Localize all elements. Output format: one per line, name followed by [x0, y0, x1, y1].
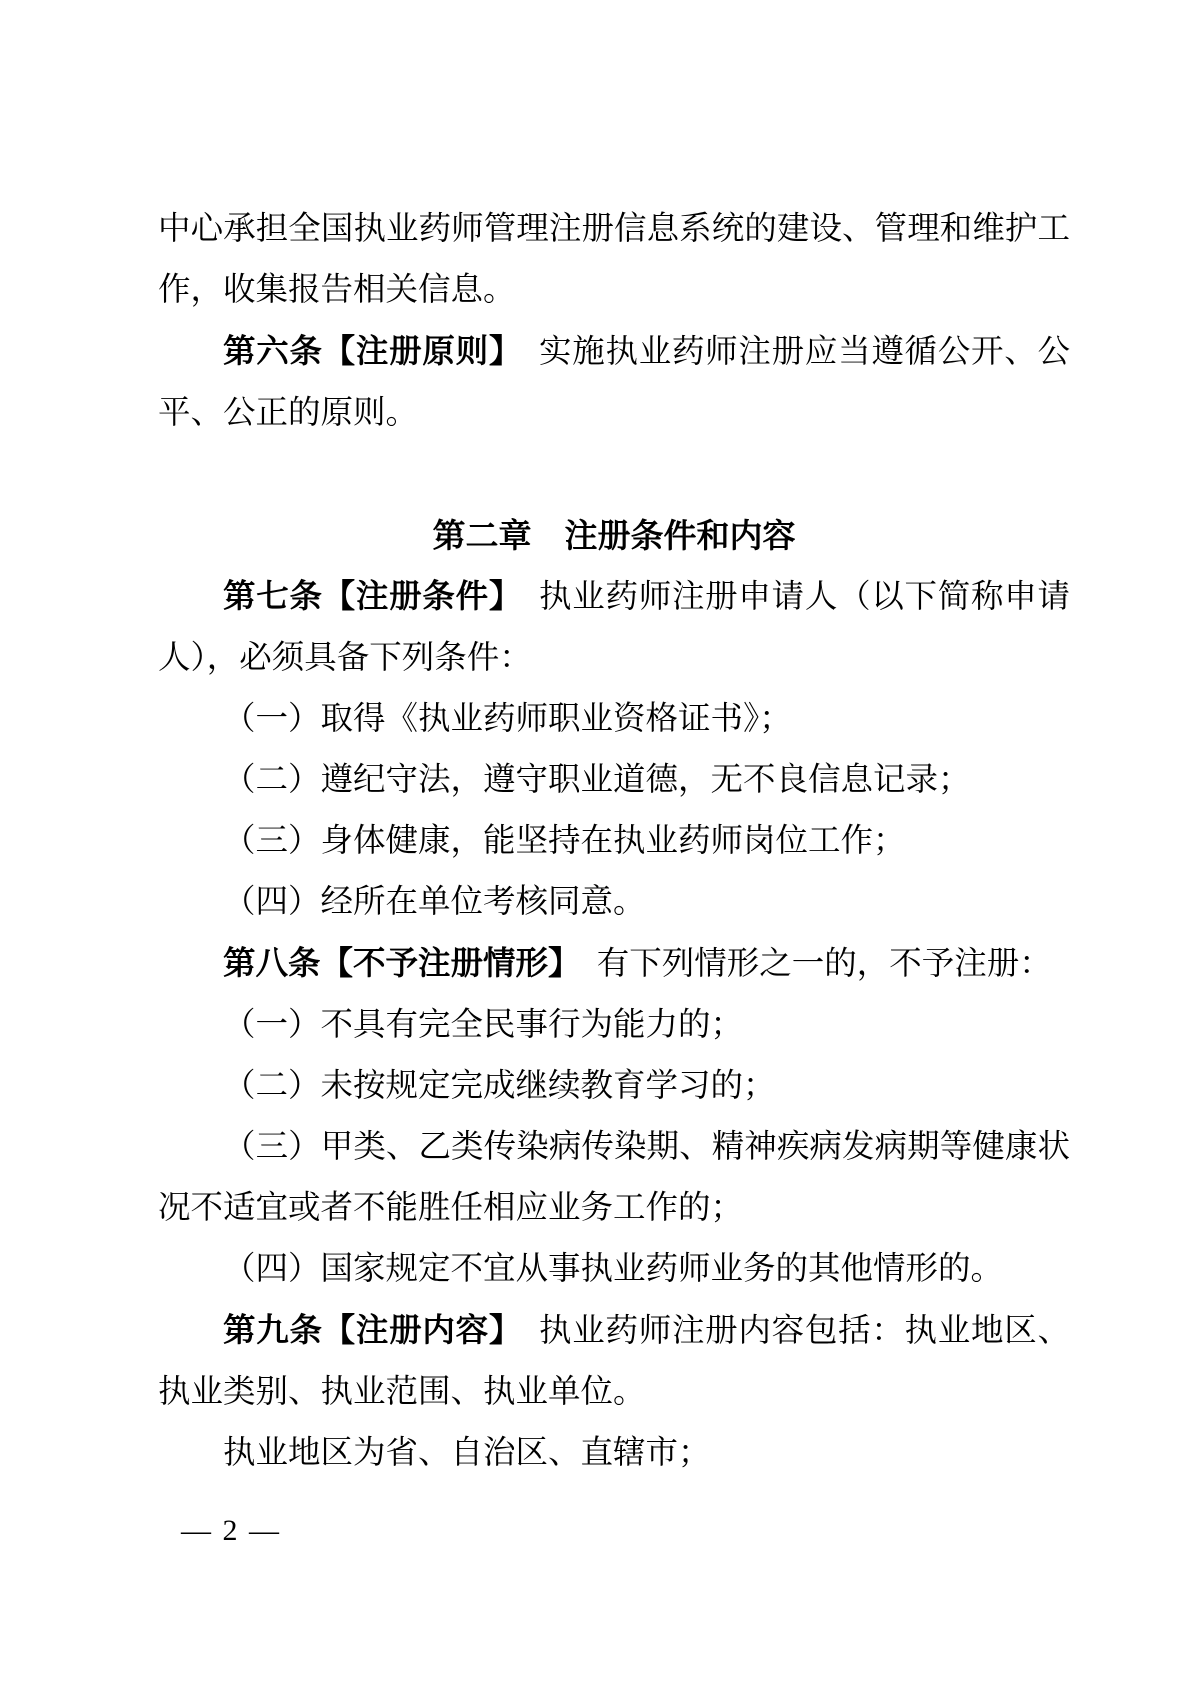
article-9-paragraph: 第九条【注册内容】 执业药师注册内容包括：执业地区、执业类别、执业范围、执业单位… — [158, 1300, 1070, 1423]
article-8-text: 有下列情形之一的，不予注册： — [564, 946, 1052, 982]
article-8-item-4: （四）国家规定不宜从事执业药师业务的其他情形的。 — [158, 1239, 1070, 1300]
chapter-2-heading-text: 第二章 注册条件和内容 — [433, 517, 796, 554]
article-8-item-2-text: （二）未按规定完成继续教育学习的； — [223, 1068, 776, 1104]
article-7-item-4: （四）经所在单位考核同意。 — [158, 872, 1070, 933]
page-number: — 2 — — [181, 1514, 281, 1548]
article-6-label: 第六条【注册原则】 — [223, 333, 506, 369]
article-7-label: 第七条【注册条件】 — [223, 578, 506, 614]
paragraph-continuation-text: 中心承担全国执业药师管理注册信息系统的建设、管理和维护工作，收集报告相关信息。 — [158, 211, 1070, 308]
article-8-item-3-text: （三）甲类、乙类传染病传染期、精神疾病发病期等健康状况不适宜或者不能胜任相应业务… — [158, 1129, 1070, 1226]
article-7-item-1-text: （一）取得《执业药师职业资格证书》； — [223, 701, 792, 737]
article-9-paragraph-2: 执业地区为省、自治区、直辖市； — [158, 1423, 1070, 1484]
paragraph-continuation: 中心承担全国执业药师管理注册信息系统的建设、管理和维护工作，收集报告相关信息。 — [158, 199, 1070, 321]
article-7-item-3: （三）身体健康，能坚持在执业药师岗位工作； — [158, 811, 1070, 872]
article-8-paragraph: 第八条【不予注册情形】 有下列情形之一的，不予注册： — [158, 933, 1070, 995]
article-7-item-4-text: （四）经所在单位考核同意。 — [223, 884, 646, 920]
article-7-item-2: （二）遵纪守法，遵守职业道德，无不良信息记录； — [158, 750, 1070, 811]
article-6-paragraph: 第六条【注册原则】 实施执业药师注册应当遵循公开、公平、公正的原则。 — [158, 321, 1070, 444]
article-8-item-1-text: （一）不具有完全民事行为能力的； — [223, 1007, 743, 1043]
article-8-label: 第八条【不予注册情形】 — [223, 945, 564, 981]
article-9-label: 第九条【注册内容】 — [223, 1312, 506, 1348]
article-7-item-1: （一）取得《执业药师职业资格证书》； — [158, 689, 1070, 750]
article-8-item-1: （一）不具有完全民事行为能力的； — [158, 995, 1070, 1056]
article-7-item-3-text: （三）身体健康，能坚持在执业药师岗位工作； — [223, 823, 906, 859]
article-9-paragraph-2-text: 执业地区为省、自治区、直辖市； — [223, 1435, 711, 1471]
document-body: 中心承担全国执业药师管理注册信息系统的建设、管理和维护工作，收集报告相关信息。 … — [158, 199, 1070, 1484]
article-8-item-3: （三）甲类、乙类传染病传染期、精神疾病发病期等健康状况不适宜或者不能胜任相应业务… — [158, 1117, 1070, 1239]
document-page: { "page": { "background_color": "#ffffff… — [0, 0, 1200, 1697]
article-8-item-2: （二）未按规定完成继续教育学习的； — [158, 1056, 1070, 1117]
article-8-item-4-text: （四）国家规定不宜从事执业药师业务的其他情形的。 — [223, 1251, 1003, 1287]
article-7-paragraph: 第七条【注册条件】 执业药师注册申请人（以下简称申请人），必须具备下列条件： — [158, 566, 1070, 689]
chapter-2-heading: 第二章 注册条件和内容 — [158, 505, 1070, 566]
article-7-item-2-text: （二）遵纪守法，遵守职业道德，无不良信息记录； — [223, 762, 971, 798]
